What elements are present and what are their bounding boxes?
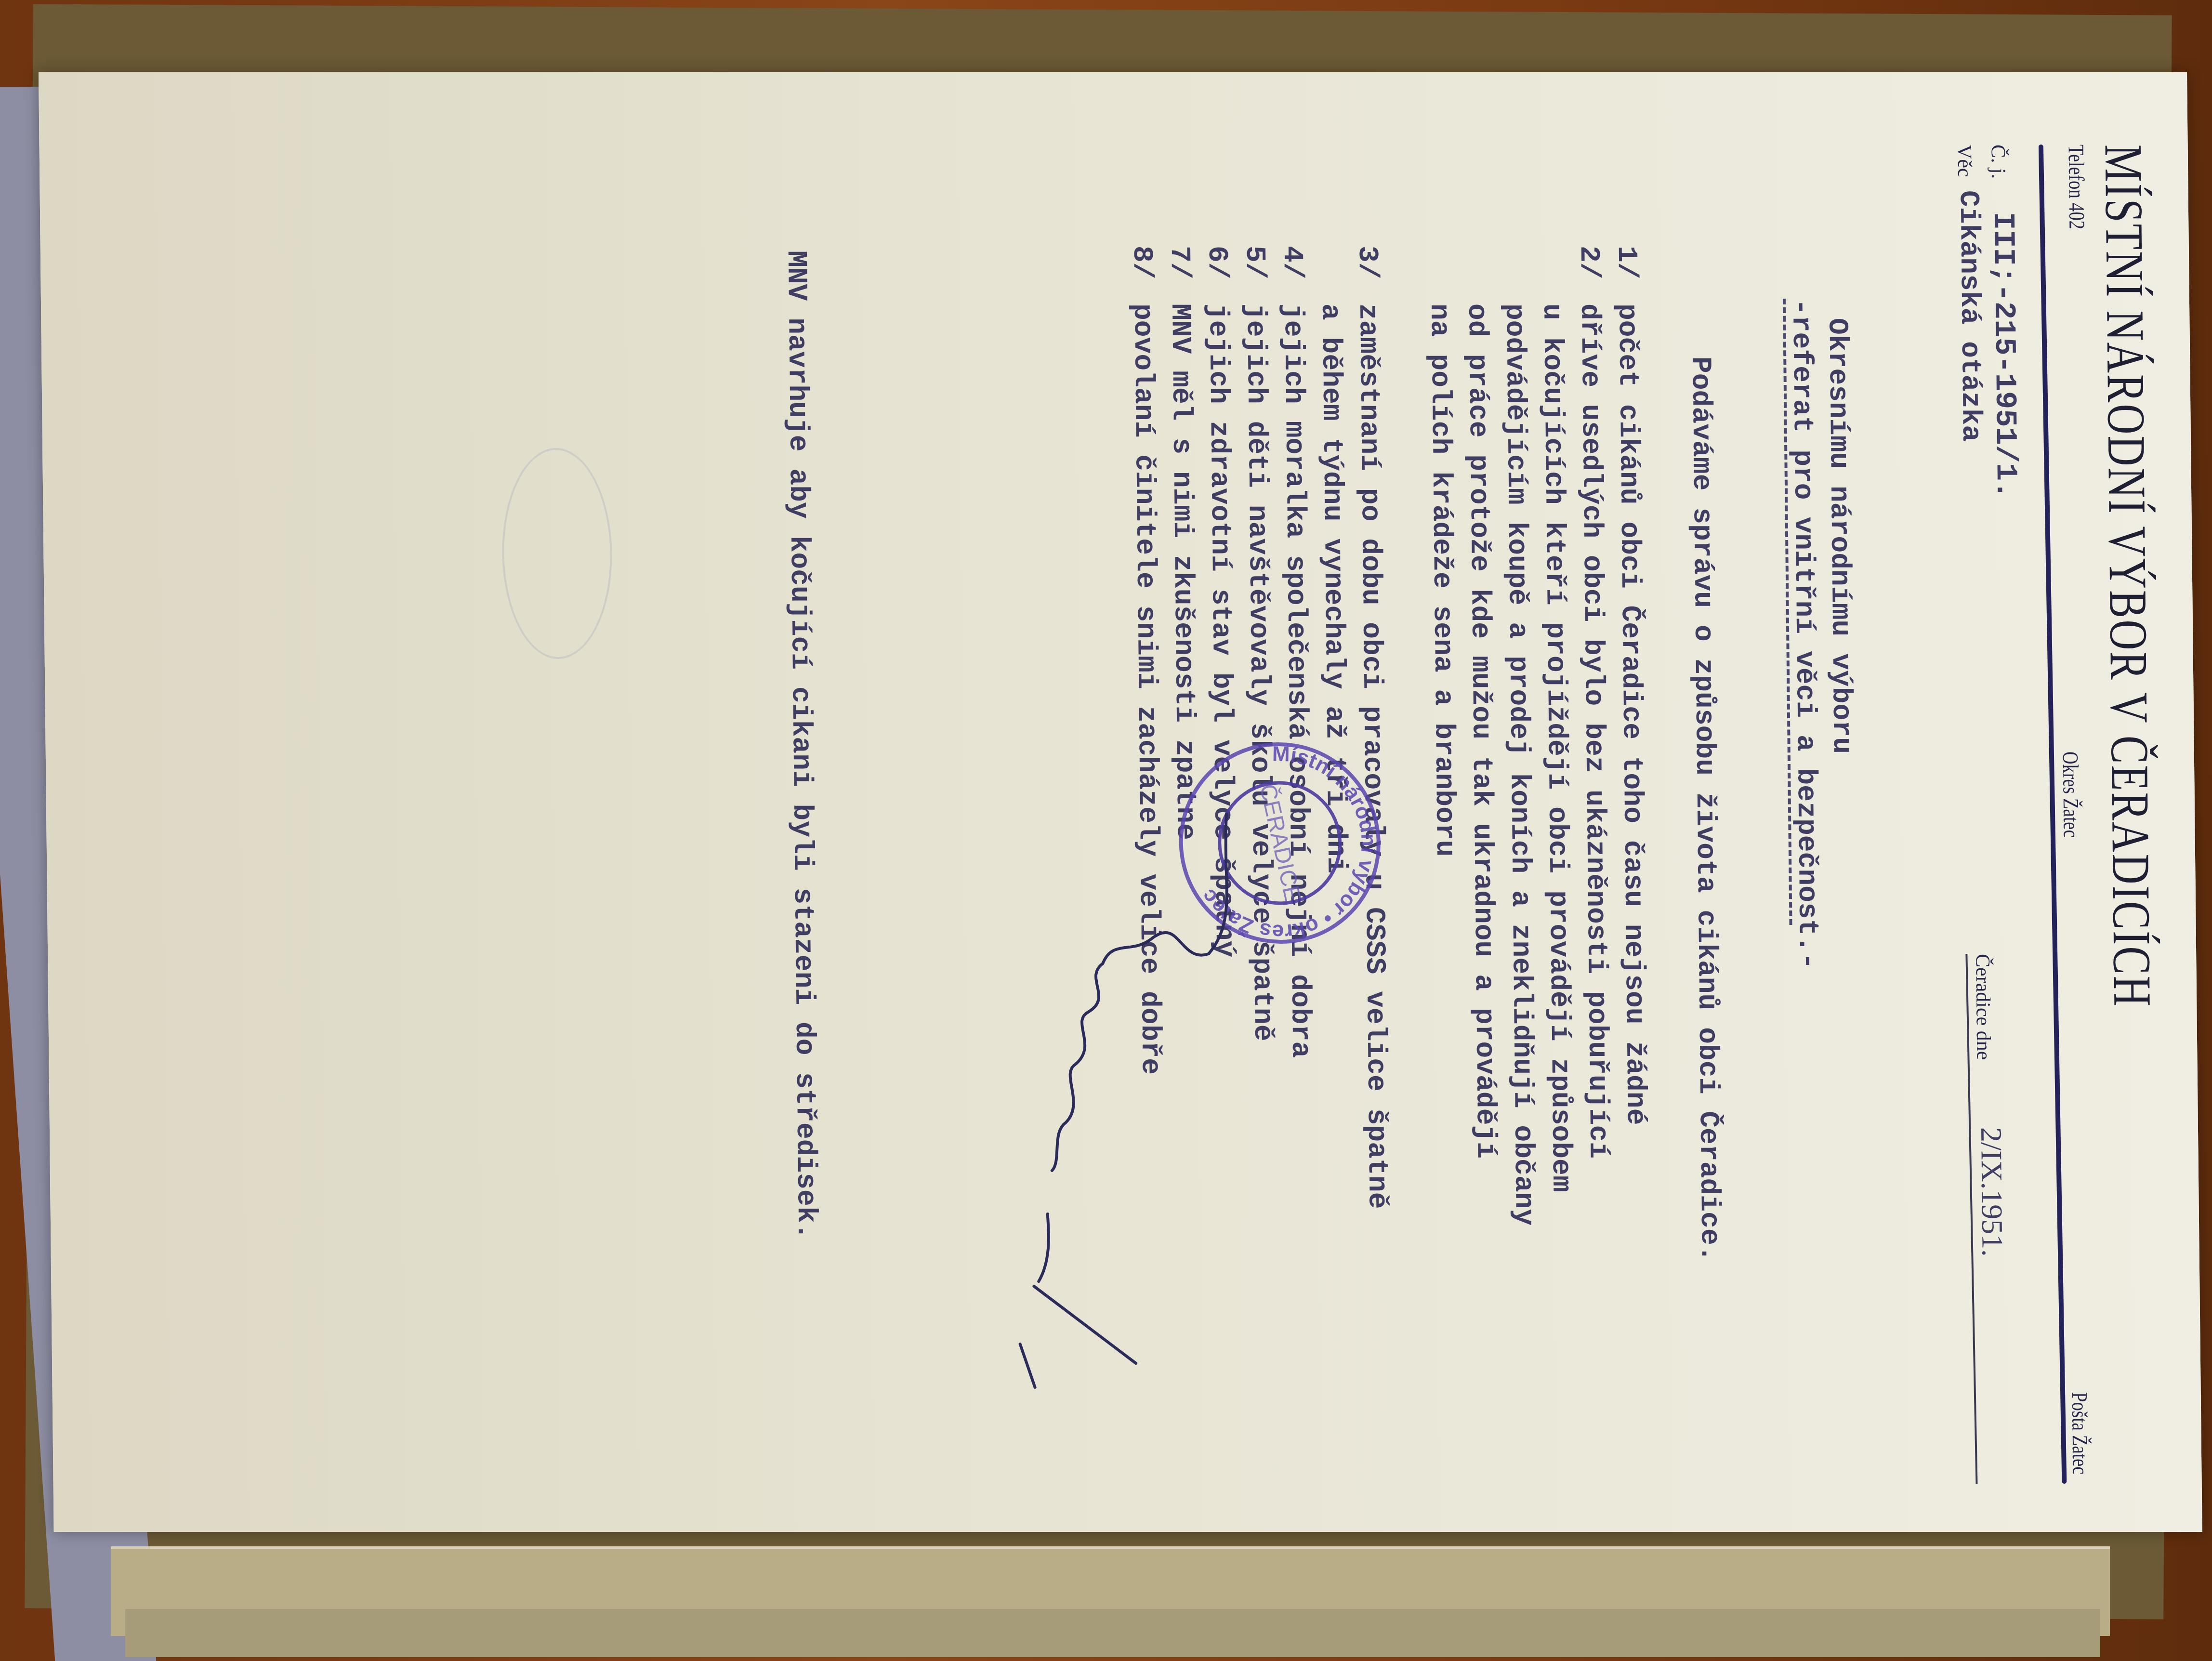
letterhead-posta: Pošta Žatec	[2067, 1392, 2093, 1475]
intro-paragraph: Podáváme správu o způsobu života cikánů …	[1684, 356, 1725, 1262]
recipient-line-1: Okresnímu národnímu výboru	[1821, 318, 1856, 754]
bleed-through-stamp	[501, 448, 613, 659]
subject: Cikánská otázka	[1952, 190, 1986, 442]
closing-paragraph: MNV navrhuje aby kočující cikani byli st…	[780, 250, 822, 1240]
letterhead-title: MÍSTNÍ NÁRODNÍ VÝBOR V ČERADICÍCH	[2092, 145, 2163, 1008]
svg-text:ČERADICE: ČERADICE	[1254, 782, 1306, 904]
letter-page: MÍSTNÍ NÁRODNÍ VÝBOR V ČERADICÍCH Telefo…	[39, 72, 2202, 1532]
reference-number-label: Č. j.	[1987, 145, 2010, 179]
reference-number: III;-215-1951/1.	[1986, 212, 2023, 499]
letterhead-okres: Okres Žatec	[2058, 751, 2084, 838]
list-item-number: 7/	[1160, 246, 1198, 299]
under-sheet-edge-2	[125, 1609, 2100, 1657]
letterhead-telefon: Telefon 402	[2064, 145, 2090, 229]
subject-label: Věc	[1953, 145, 1976, 177]
handwritten-signature	[1005, 795, 1262, 1421]
list-item-number: 8/	[1122, 246, 1160, 299]
date-label: Čeradice dne	[1971, 954, 1995, 1060]
list-item-number: 5/	[1235, 246, 1273, 299]
list-item-number: 3/	[1348, 246, 1386, 299]
list-item-number: 2/	[1569, 246, 1607, 299]
list-item-number: 6/	[1198, 246, 1236, 299]
date-value: 2/IX.1951.	[1974, 1127, 2009, 1257]
list-item-number: 1/	[1607, 246, 1645, 299]
letter-page-rotated: MÍSTNÍ NÁRODNÍ VÝBOR V ČERADICÍCH Telefo…	[39, 72, 2202, 1532]
list-item-number: 4/	[1273, 246, 1311, 299]
